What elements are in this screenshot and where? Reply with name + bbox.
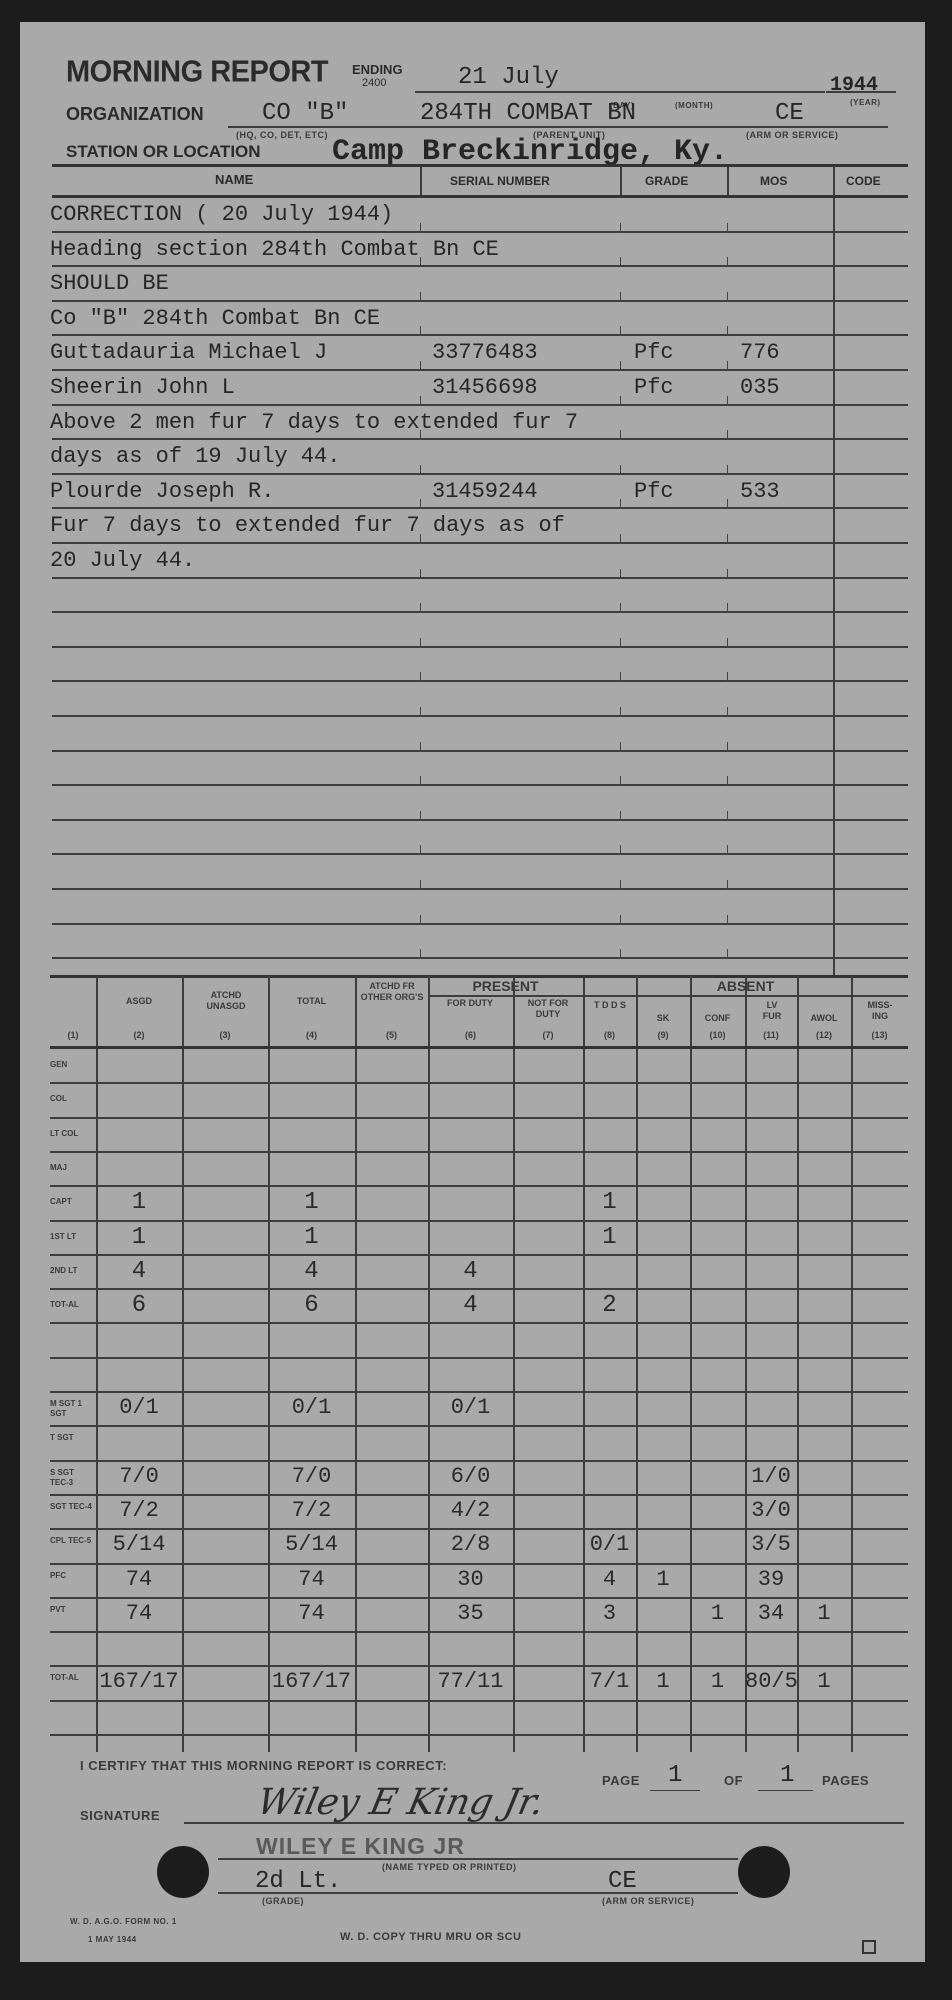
strength-col-rule	[268, 976, 270, 1752]
row-label: TOT-AL	[50, 1673, 94, 1683]
col-missing: MISS-ING	[860, 1000, 900, 1022]
entry-serial: 31459244	[432, 479, 538, 504]
column-tick	[727, 223, 728, 233]
cell-total: 7/2	[268, 1498, 355, 1523]
column-tick	[620, 223, 621, 233]
col-sk: SK	[636, 1013, 690, 1024]
entry-row-rule	[52, 404, 908, 406]
cell-asgd: 74	[96, 1567, 182, 1592]
col-1-num: (1)	[50, 1030, 96, 1041]
cell-awol: 1	[797, 1669, 851, 1694]
entry-row-rule	[52, 334, 908, 336]
column-tick	[727, 811, 728, 821]
column-tick	[620, 742, 621, 752]
strength-row-rule	[50, 1631, 908, 1633]
col-missing-num: (13)	[851, 1030, 908, 1041]
grade-value: 2d Lt.	[255, 1868, 341, 1895]
row-label: LT COL	[50, 1129, 94, 1139]
entry-mos: 533	[740, 479, 780, 504]
strength-row-rule	[50, 1082, 908, 1084]
row-label: PFC	[50, 1571, 94, 1581]
column-tick	[620, 499, 621, 509]
cell-asgd: 1	[96, 1189, 182, 1216]
col-conf-num: (10)	[690, 1030, 745, 1041]
col-total: TOTAL	[268, 996, 355, 1007]
cell-total: 1	[268, 1189, 355, 1216]
row-label: MAJ	[50, 1163, 94, 1173]
signature-label: SIGNATURE	[80, 1808, 160, 1823]
strength-row-rule	[50, 1391, 908, 1393]
page-number: 1	[668, 1762, 682, 1789]
entry-name: Above 2 men fur 7 days to extended fur 7	[50, 410, 578, 435]
station-underline	[52, 164, 908, 167]
entry-row-rule	[52, 369, 908, 371]
column-tick	[420, 569, 421, 579]
column-tick	[620, 776, 621, 786]
pages-label: PAGES	[822, 1773, 869, 1788]
punch-hole-left	[157, 1846, 209, 1898]
strength-row-rule	[50, 1220, 908, 1222]
ending-time: 2400	[362, 77, 386, 89]
column-tick	[620, 361, 621, 371]
station-label: STATION OR LOCATION	[66, 142, 261, 162]
report-date: 21 July	[458, 64, 559, 91]
strength-col-rule	[745, 976, 747, 1752]
entry-row-rule	[52, 923, 908, 925]
column-tick	[420, 845, 421, 855]
strength-col-rule	[797, 976, 799, 1752]
entry-name: Guttadauria Michael J	[50, 340, 327, 365]
cell-conf: 1	[690, 1601, 745, 1626]
col-sk-num: (9)	[636, 1030, 690, 1041]
column-tick	[420, 326, 421, 336]
row-label: COL	[50, 1094, 94, 1104]
column-tick	[420, 776, 421, 786]
column-tick	[620, 915, 621, 925]
row-label: SGT TEC-4	[50, 1502, 94, 1512]
column-tick	[620, 534, 621, 544]
certify-text: I CERTIFY THAT THIS MORNING REPORT IS CO…	[80, 1758, 447, 1773]
cell-asgd: 0/1	[96, 1395, 182, 1420]
entry-mos: 776	[740, 340, 780, 365]
form-title: MORNING REPORT	[66, 55, 328, 90]
col-total-num: (4)	[268, 1030, 355, 1041]
row-label: 2ND LT	[50, 1266, 94, 1276]
cell-for_duty: 4/2	[428, 1498, 513, 1523]
entry-name: Co "B" 284th Combat Bn CE	[50, 306, 380, 331]
cell-for_duty: 4	[428, 1258, 513, 1285]
col-atchd-other-num: (5)	[355, 1030, 428, 1041]
column-tick	[620, 672, 621, 682]
cell-tdds: 2	[583, 1292, 636, 1319]
column-tick	[727, 672, 728, 682]
strength-row-rule	[50, 1357, 908, 1359]
column-tick	[420, 811, 421, 821]
col-lv-fur-num: (11)	[745, 1030, 797, 1041]
column-tick	[420, 499, 421, 509]
col-header-mos: MOS	[760, 174, 787, 188]
cell-lv_fur: 3/0	[745, 1498, 797, 1523]
column-tick	[620, 880, 621, 890]
cell-for_duty: 0/1	[428, 1395, 513, 1420]
entry-name: CORRECTION ( 20 July 1944)	[50, 202, 393, 227]
entry-row-rule	[52, 507, 908, 509]
column-tick	[727, 638, 728, 648]
strength-col-rule	[355, 976, 357, 1752]
strength-col-rule	[851, 976, 853, 1752]
entry-grade: Pfc	[634, 375, 674, 400]
strength-row-rule	[50, 1528, 908, 1530]
column-tick	[620, 257, 621, 267]
col-atchd-other: ATCHD FR OTHER ORG'S	[357, 981, 427, 1003]
entry-row-rule	[52, 888, 908, 890]
strength-row-rule	[50, 1665, 908, 1667]
date-underline	[415, 91, 825, 93]
entry-row-rule	[52, 957, 908, 959]
cell-lv_fur: 39	[745, 1567, 797, 1592]
col-conf: CONF	[690, 1013, 745, 1024]
entry-serial: 33776483	[432, 340, 538, 365]
of-label: OF	[724, 1773, 743, 1788]
cell-total: 74	[268, 1601, 355, 1626]
column-tick	[727, 603, 728, 613]
strength-row-rule	[50, 1494, 908, 1496]
strength-col-rule	[96, 976, 98, 1752]
cell-tdds: 4	[583, 1567, 636, 1592]
cell-total: 1	[268, 1224, 355, 1251]
cell-for_duty: 2/8	[428, 1532, 513, 1557]
column-tick	[420, 742, 421, 752]
col-tdds-num: (8)	[583, 1030, 636, 1041]
cell-tdds: 7/1	[583, 1669, 636, 1694]
column-tick	[727, 430, 728, 440]
year-prefix: 194	[830, 74, 866, 97]
column-tick	[420, 361, 421, 371]
typed-name-caption: (NAME TYPED OR PRINTED)	[382, 1862, 517, 1872]
col-asgd-num: (2)	[96, 1030, 182, 1041]
cell-for_duty: 35	[428, 1601, 513, 1626]
col-lv-fur: LV FUR	[757, 1000, 787, 1022]
cell-asgd: 7/0	[96, 1464, 182, 1489]
unit-caption: (HQ, CO, DET, ETC)	[236, 130, 328, 140]
cell-awol: 1	[797, 1601, 851, 1626]
col-not-for-duty-num: (7)	[513, 1030, 583, 1041]
cell-sk: 1	[636, 1669, 690, 1694]
organization-label: ORGANIZATION	[66, 104, 204, 125]
ending-label: ENDING	[352, 62, 403, 77]
strength-col-rule	[182, 976, 184, 1752]
strength-row-rule	[50, 1185, 908, 1187]
entry-row-rule	[52, 231, 908, 233]
entry-name: 20 July 44.	[50, 548, 195, 573]
column-tick	[620, 396, 621, 406]
column-tick	[620, 569, 621, 579]
column-tick	[620, 707, 621, 717]
row-label: CPL TEC-5	[50, 1536, 94, 1546]
entry-grade: Pfc	[634, 479, 674, 504]
cell-tdds: 1	[583, 1224, 636, 1251]
column-tick	[727, 915, 728, 925]
entry-row-rule	[52, 473, 908, 475]
page-label: PAGE	[602, 1773, 640, 1788]
cell-asgd: 1	[96, 1224, 182, 1251]
row-label: GEN	[50, 1060, 94, 1070]
column-tick	[727, 292, 728, 302]
arm-or-service: CE	[775, 100, 804, 127]
strength-col-rule	[583, 976, 585, 1752]
column-tick	[727, 776, 728, 786]
form-date: 1 MAY 1944	[88, 1935, 137, 1944]
group-absent: ABSENT	[583, 978, 908, 994]
cell-asgd: 7/2	[96, 1498, 182, 1523]
entry-serial: 31456698	[432, 375, 538, 400]
cell-total: 4	[268, 1258, 355, 1285]
cell-total: 167/17	[268, 1669, 355, 1694]
row-label: T SGT	[50, 1433, 94, 1443]
row-label: M SGT 1 SGT	[50, 1399, 94, 1419]
column-tick	[727, 465, 728, 475]
page-total: 1	[780, 1762, 794, 1789]
row-label: S SGT TEC-3	[50, 1468, 94, 1488]
organization-unit: CO "B"	[262, 100, 348, 127]
grade-caption: (GRADE)	[262, 1896, 304, 1906]
column-tick	[420, 292, 421, 302]
grade-divider	[620, 166, 622, 196]
column-tick	[620, 603, 621, 613]
entry-row-rule	[52, 784, 908, 786]
cell-asgd: 167/17	[96, 1669, 182, 1694]
col-asgd: ASGD	[96, 996, 182, 1007]
cell-total: 0/1	[268, 1395, 355, 1420]
cell-for_duty: 4	[428, 1292, 513, 1319]
cell-asgd: 5/14	[96, 1532, 182, 1557]
row-label: TOT-AL	[50, 1300, 94, 1310]
present-absent-subrule	[428, 995, 908, 997]
entry-name: days as of 19 July 44.	[50, 444, 340, 469]
column-tick	[620, 845, 621, 855]
cell-lv_fur: 1/0	[745, 1464, 797, 1489]
checkbox-square-icon	[862, 1940, 876, 1954]
entry-row-rule	[52, 577, 908, 579]
strength-col-rule	[513, 976, 515, 1752]
col-for-duty-num: (6)	[428, 1030, 513, 1041]
strength-row-rule	[50, 1460, 908, 1462]
service-caption: (ARM OR SERVICE)	[602, 1896, 694, 1906]
col-awol: AWOL	[797, 1013, 851, 1024]
col-awol-num: (12)	[797, 1030, 851, 1041]
column-tick	[420, 707, 421, 717]
entry-name: SHOULD BE	[50, 271, 169, 296]
mos-divider	[727, 166, 729, 196]
entry-name: Plourde Joseph R.	[50, 479, 274, 504]
year-caption: (YEAR)	[850, 98, 881, 107]
col-for-duty: FOR DUTY	[436, 998, 504, 1009]
arm-caption: (ARM OR SERVICE)	[746, 130, 838, 140]
entry-row-rule	[52, 750, 908, 752]
column-tick	[727, 949, 728, 959]
cell-tdds: 0/1	[583, 1532, 636, 1557]
column-tick	[727, 742, 728, 752]
column-tick	[420, 603, 421, 613]
entry-row-rule	[52, 715, 908, 717]
strength-col-rule	[690, 976, 692, 1752]
strength-row-rule	[50, 1322, 908, 1324]
column-tick	[727, 569, 728, 579]
punch-hole-right	[738, 1846, 790, 1898]
cell-tdds: 1	[583, 1189, 636, 1216]
col-header-grade: GRADE	[645, 174, 688, 188]
col-header-code: CODE	[846, 174, 881, 188]
header-rule	[52, 195, 908, 198]
strength-row-rule	[50, 1734, 908, 1736]
column-tick	[727, 326, 728, 336]
entry-grade: Pfc	[634, 340, 674, 365]
signature-line	[184, 1822, 904, 1824]
cell-total: 7/0	[268, 1464, 355, 1489]
service-value: CE	[608, 1868, 637, 1895]
entry-row-rule	[52, 265, 908, 267]
strength-col-rule	[428, 976, 430, 1752]
strength-row-rule	[50, 1700, 908, 1702]
row-label: CAPT	[50, 1197, 94, 1207]
cell-lv_fur: 34	[745, 1601, 797, 1626]
cell-total: 6	[268, 1292, 355, 1319]
strength-row-rule	[50, 1563, 908, 1565]
cell-total: 74	[268, 1567, 355, 1592]
column-tick	[620, 811, 621, 821]
copy-note: W. D. COPY THRU MRU OR SCU	[340, 1931, 521, 1943]
cell-for_duty: 30	[428, 1567, 513, 1592]
year-suffix: 4	[866, 74, 878, 97]
column-tick	[420, 880, 421, 890]
column-tick	[620, 638, 621, 648]
entry-row-rule	[52, 542, 908, 544]
entry-name: Fur 7 days to extended fur 7 days as of	[50, 513, 565, 538]
grade-line	[218, 1892, 738, 1894]
column-tick	[420, 396, 421, 406]
serial-divider	[420, 166, 422, 196]
cell-asgd: 74	[96, 1601, 182, 1626]
group-present: PRESENT	[428, 978, 583, 994]
col-tdds: T D D S	[592, 1000, 628, 1011]
cell-for_duty: 6/0	[428, 1464, 513, 1489]
column-tick	[620, 326, 621, 336]
cell-total: 5/14	[268, 1532, 355, 1557]
column-tick	[727, 845, 728, 855]
typed-name-line	[218, 1858, 738, 1860]
column-tick	[620, 465, 621, 475]
parent-unit: 284TH COMBAT BN	[420, 100, 636, 127]
column-tick	[420, 223, 421, 233]
strength-header-rule	[50, 1046, 908, 1049]
col-not-for-duty: NOT FOR DUTY	[518, 998, 578, 1020]
strength-row-rule	[50, 1151, 908, 1153]
cell-conf: 1	[690, 1669, 745, 1694]
organization-underline	[228, 126, 888, 128]
entry-row-rule	[52, 438, 908, 440]
entry-name: Sheerin John L	[50, 375, 235, 400]
month-caption: (MONTH)	[675, 101, 713, 110]
column-tick	[420, 638, 421, 648]
strength-row-rule	[50, 1254, 908, 1256]
entry-row-rule	[52, 300, 908, 302]
column-tick	[727, 880, 728, 890]
column-tick	[420, 465, 421, 475]
strength-row-rule	[50, 1117, 908, 1119]
cell-lv_fur: 80/5	[745, 1669, 797, 1694]
col-atchd-unasgd-num: (3)	[182, 1030, 268, 1041]
column-tick	[727, 361, 728, 371]
column-tick	[727, 707, 728, 717]
entry-name: Heading section 284th Combat Bn CE	[50, 237, 499, 262]
entry-row-rule	[52, 646, 908, 648]
column-tick	[727, 257, 728, 267]
year-underline	[826, 91, 896, 93]
form-id: W. D. A.G.O. FORM NO. 1	[70, 1917, 177, 1926]
entry-row-rule	[52, 680, 908, 682]
column-tick	[620, 430, 621, 440]
strength-col-rule	[636, 976, 638, 1752]
cell-for_duty: 77/11	[428, 1669, 513, 1694]
column-tick	[620, 949, 621, 959]
cell-asgd: 4	[96, 1258, 182, 1285]
cell-lv_fur: 3/5	[745, 1532, 797, 1557]
typed-name: WILEY E KING JR	[256, 1833, 465, 1860]
row-label: PVT	[50, 1605, 94, 1615]
entry-row-rule	[52, 819, 908, 821]
strength-row-rule	[50, 1597, 908, 1599]
col-header-serial: SERIAL NUMBER	[450, 174, 550, 188]
column-tick	[420, 672, 421, 682]
entry-row-rule	[52, 853, 908, 855]
page-num-line	[650, 1790, 700, 1791]
col-atchd-unasgd: ATCHD UNASGD	[198, 990, 254, 1012]
cell-asgd: 6	[96, 1292, 182, 1319]
page-total-line	[758, 1790, 813, 1791]
column-tick	[727, 499, 728, 509]
column-tick	[727, 534, 728, 544]
column-tick	[620, 292, 621, 302]
col-header-name: NAME	[215, 172, 253, 187]
strength-row-rule	[50, 1288, 908, 1290]
report-year: 1944	[830, 74, 878, 97]
entry-mos: 035	[740, 375, 780, 400]
column-tick	[420, 915, 421, 925]
signature: Wiley E King Jr.	[254, 1782, 548, 1823]
cell-sk: 1	[636, 1567, 690, 1592]
column-tick	[727, 396, 728, 406]
column-tick	[420, 949, 421, 959]
entry-row-rule	[52, 611, 908, 613]
row-label: 1ST LT	[50, 1232, 94, 1242]
strength-row-rule	[50, 1425, 908, 1427]
cell-tdds: 3	[583, 1601, 636, 1626]
